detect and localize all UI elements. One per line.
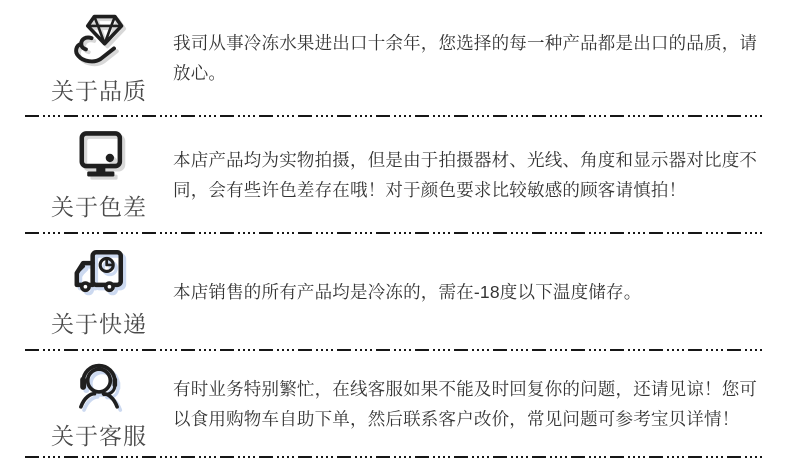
shipping-icon-block: 关于快递 [25,245,173,339]
divider [25,456,765,458]
section-text: 本店产品均为实物拍摄，但是由于拍摄器材、光线、角度和显示器对比度不同，会有些许色… [173,145,761,205]
section-text: 本店销售的所有产品均是冷冻的，需在-18度以下温度储存。 [173,277,641,307]
section-label: 关于客服 [51,418,147,451]
section-customer-service: 关于客服 有时业务特别繁忙，在线客服如果不能及时回复你的问题，还请见谅！您可以食… [0,351,790,456]
section-label: 关于色差 [51,189,147,222]
section-shipping: 关于快递 本店销售的所有产品均是冷冻的，需在-18度以下温度储存。 [0,234,790,349]
section-color-difference: 关于色差 本店产品均为实物拍摄，但是由于拍摄器材、光线、角度和显示器对比度不同，… [0,117,790,232]
section-label: 关于品质 [51,73,147,106]
delivery-truck-icon [70,245,128,303]
headset-icon [70,357,128,415]
product-info-panel: 关于品质 我司从事冷冻水果进出口十余年，您选择的每一种产品都是出口的品质，请放心… [0,0,790,476]
quality-icon-block: 关于品质 [25,10,173,106]
service-icon-block: 关于客服 [25,357,173,451]
section-quality: 关于品质 我司从事冷冻水果进出口十余年，您选择的每一种产品都是出口的品质，请放心… [0,0,790,115]
section-label: 关于快递 [51,306,147,339]
color-icon-block: 关于色差 [25,128,173,222]
section-text: 有时业务特别繁忙，在线客服如果不能及时回复你的问题，还请见谅！您可以食用购物车自… [173,374,761,434]
section-text: 我司从事冷冻水果进出口十余年，您选择的每一种产品都是出口的品质，请放心。 [173,28,761,88]
monitor-icon [70,128,128,186]
hand-diamond-icon [69,10,129,70]
